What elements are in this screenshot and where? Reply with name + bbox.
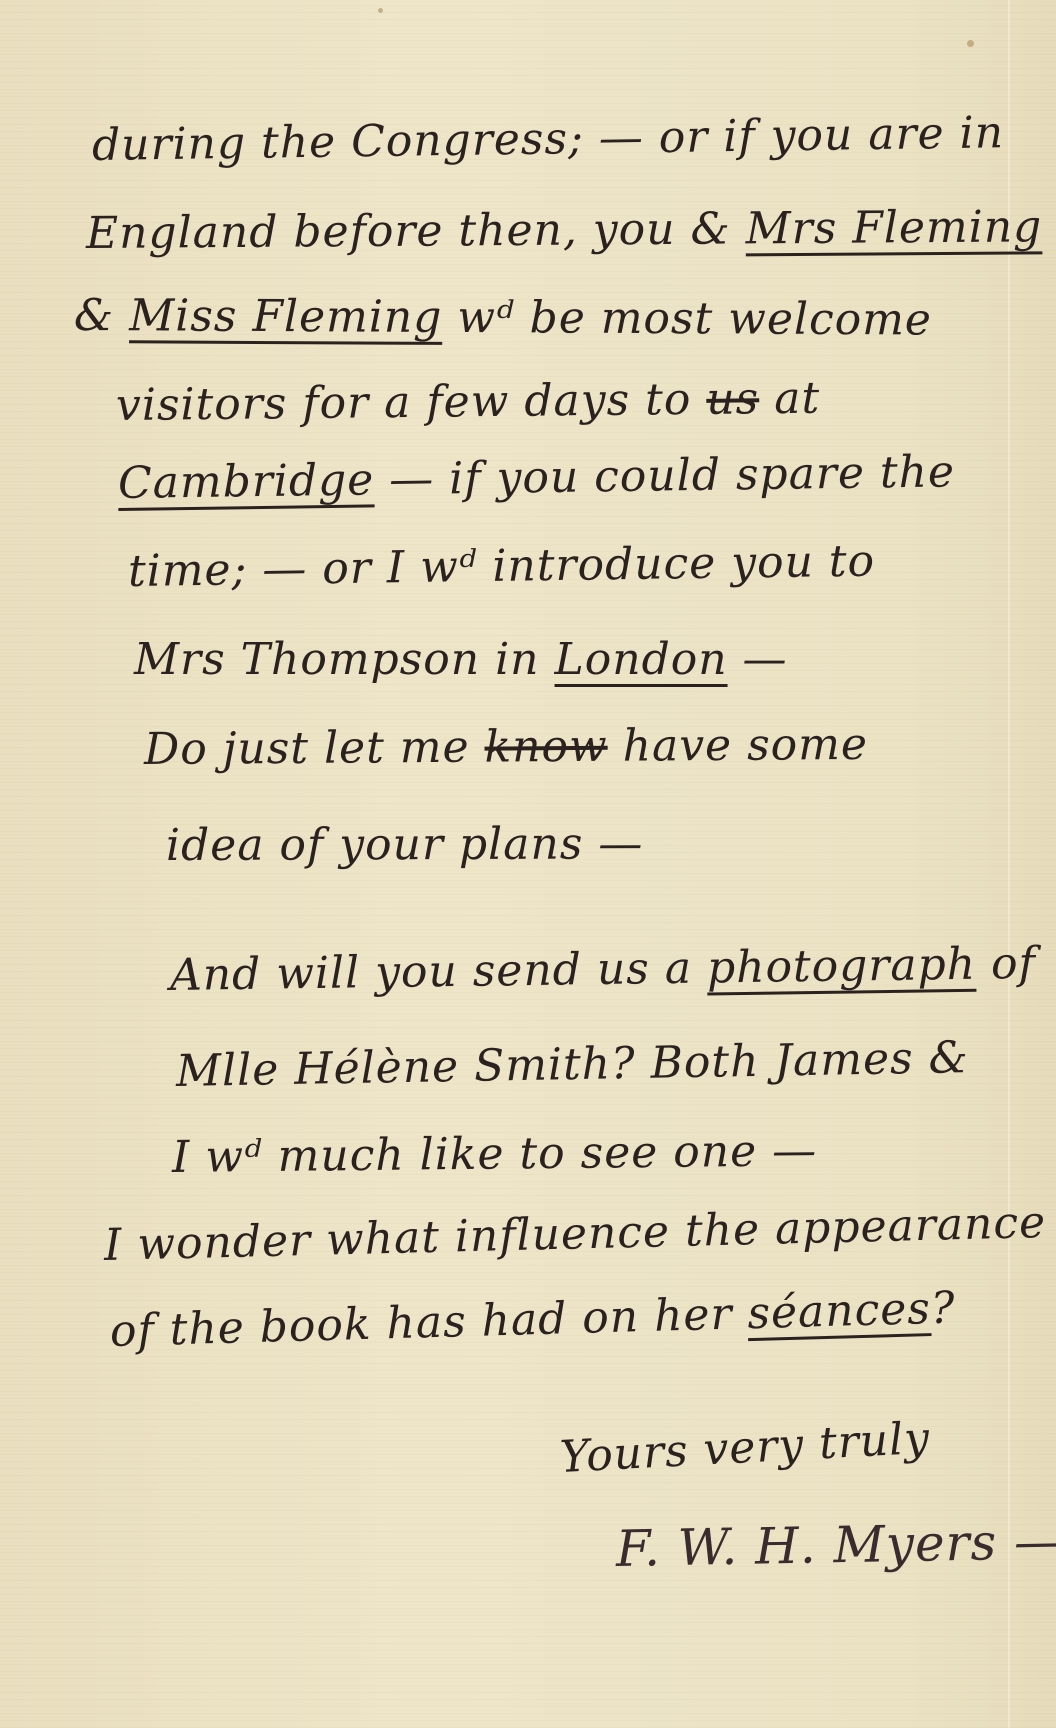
letter-line-11: Mlle Hélène Smith? Both James &: [176, 1032, 970, 1097]
paper-spot: [378, 8, 383, 13]
letter-line-7: Mrs Thompson in London —: [134, 634, 788, 685]
letter-line-10: And will you send us a photograph of: [170, 938, 1037, 1001]
letter-line-8: Do just let me know have some: [144, 719, 868, 775]
letter-line-1: during the Congress; — or if you are in: [92, 107, 1005, 171]
letter-signature: F. W. H. Myers —: [615, 1512, 1056, 1578]
paper-fold: [1008, 0, 1010, 1728]
letter-line-4: visitors for a few days to us at: [116, 373, 821, 431]
letter-line-14: of the book has had on her séances?: [109, 1282, 956, 1357]
letter-closing: Yours very truly: [559, 1413, 932, 1483]
paper-spot: [967, 40, 974, 47]
letter-line-12: I wᵈ much like to see one —: [172, 1125, 818, 1183]
letter-line-6: time; — or I wᵈ introduce you to: [128, 536, 876, 597]
letter-line-5: Cambridge — if you could spare the: [118, 446, 956, 509]
letter-page: during the Congress; — or if you are in …: [0, 0, 1056, 1728]
letter-line-13: I wonder what influence the appearance: [103, 1197, 1046, 1271]
letter-line-2: England before then, you & Mrs Fleming: [86, 201, 1043, 259]
letter-line-3: & Miss Fleming wᵈ be most welcome: [74, 290, 932, 345]
letter-line-9: idea of your plans —: [166, 818, 644, 871]
